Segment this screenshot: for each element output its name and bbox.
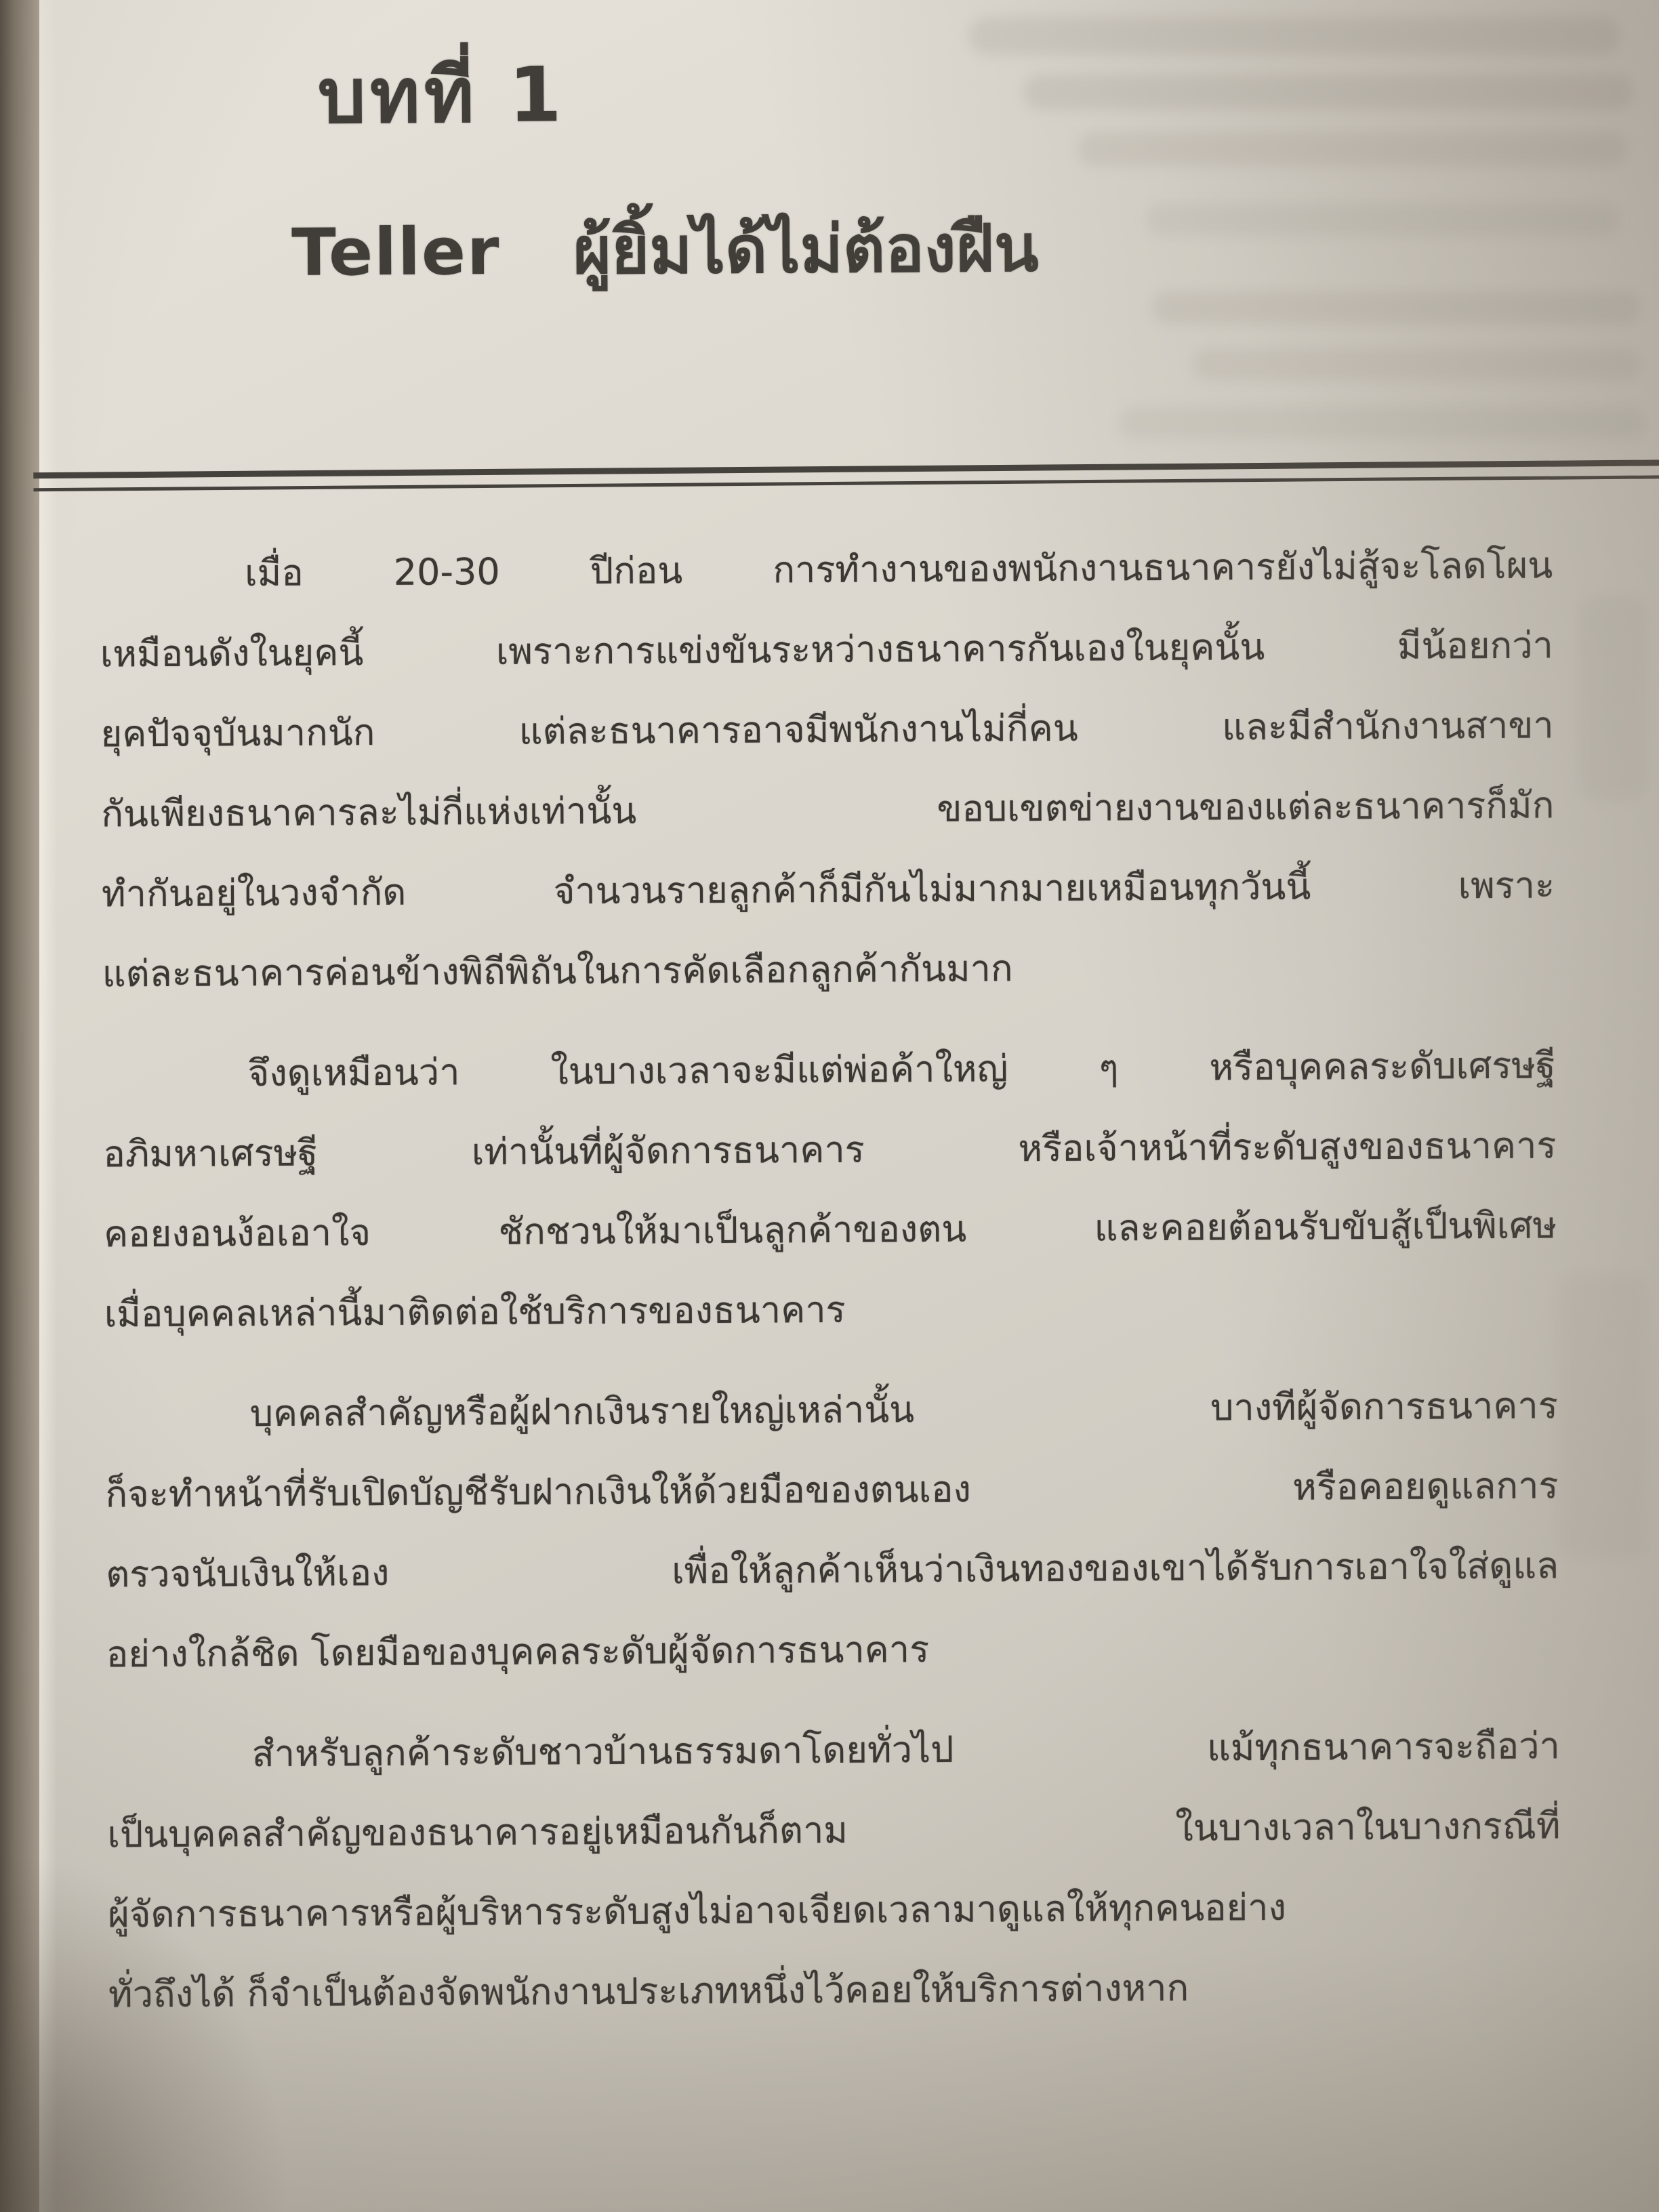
corner-shadow	[0, 1860, 285, 2212]
text-line: สำหรับลูกค้าระดับชาวบ้านธรรมดาโดยทั่วไป …	[106, 1706, 1560, 1795]
text-line: เป็นบุคคลสำคัญของธนาคารอยู่เหมือนกันก็ตา…	[107, 1786, 1561, 1875]
text-line: เหมือนดังในยุคนี้ เพราะการแข่งขันระหว่าง…	[100, 605, 1554, 694]
text-line: อภิมหาเศรษฐี เท่านั้นที่ผู้จัดการธนาคาร …	[103, 1105, 1557, 1194]
chapter-title-english: Teller	[291, 213, 501, 291]
text-line: เมื่อ 20-30 ปีก่อน การทำงานของพนักงานธนา…	[100, 525, 1553, 614]
text-line: ทำกันอยู่ในวงจำกัด จำนวนรายลูกค้าก็มีกัน…	[102, 845, 1555, 934]
paragraph: สำหรับลูกค้าระดับชาวบ้านธรรมดาโดยทั่วไป …	[106, 1706, 1561, 2034]
text-line: แต่ละธนาคารค่อนข้างพิถีพิถันในการคัดเลือ…	[102, 925, 1555, 1014]
text-line: ทั่วถึงได้ ก็จำเป็นต้องจัดพนักงานประเภทห…	[108, 1946, 1562, 2034]
text-line: บุคคลสำคัญหรือผู้ฝากเงินรายใหญ่เหล่านั้น…	[104, 1366, 1558, 1454]
text-line: กันเพียงธนาคารละไม่กี่แห่งเท่านั้น ขอบเข…	[101, 765, 1555, 854]
text-line: คอยงอนง้อเอาใจ ชักชวนให้มาเป็นลูกค้าของต…	[104, 1185, 1557, 1274]
body-text: เมื่อ 20-30 ปีก่อน การทำงานของพนักงานธนา…	[100, 525, 1562, 2055]
paragraph: เมื่อ 20-30 ปีก่อน การทำงานของพนักงานธนา…	[100, 525, 1555, 1014]
text-line: จึงดูเหมือนว่า ในบางเวลาจะมีแต่พ่อค้าใหญ…	[102, 1025, 1556, 1114]
text-line: ผู้จัดการธนาคารหรือผู้บริหารระดับสูงไม่อ…	[108, 1866, 1561, 1954]
heading-divider-rule	[33, 459, 1659, 491]
text-line: เมื่อบุคคลเหล่านี้มาติดต่อใช้บริการของธน…	[104, 1265, 1557, 1354]
chapter-title: Teller ผู้ยิ้มได้ไม่ต้องฝืน	[291, 197, 1039, 304]
text-line: ตรวจนับเงินให้เอง เพื่อให้ลูกค้าเห็นว่าเ…	[106, 1525, 1559, 1614]
book-page-photo: บทที่ 1 Teller ผู้ยิ้มได้ไม่ต้องฝืน เมื่…	[0, 0, 1659, 2212]
paragraph: บุคคลสำคัญหรือผู้ฝากเงินรายใหญ่เหล่านั้น…	[104, 1366, 1559, 1694]
chapter-title-thai: ผู้ยิ้มได้ไม่ต้องฝืน	[573, 210, 1038, 289]
text-line: ก็จะทำหน้าที่รับเปิดบัญชีรับฝากเงินให้ด้…	[105, 1446, 1559, 1534]
text-line: ยุคปัจจุบันมากนัก แต่ละธนาคารอาจมีพนักงา…	[100, 685, 1554, 774]
chapter-number: บทที่ 1	[317, 34, 566, 156]
paragraph: จึงดูเหมือนว่า ในบางเวลาจะมีแต่พ่อค้าใหญ…	[102, 1025, 1557, 1354]
text-line: อย่างใกล้ชิด โดยมือของบุคคลระดับผู้จัดกา…	[106, 1605, 1560, 1694]
